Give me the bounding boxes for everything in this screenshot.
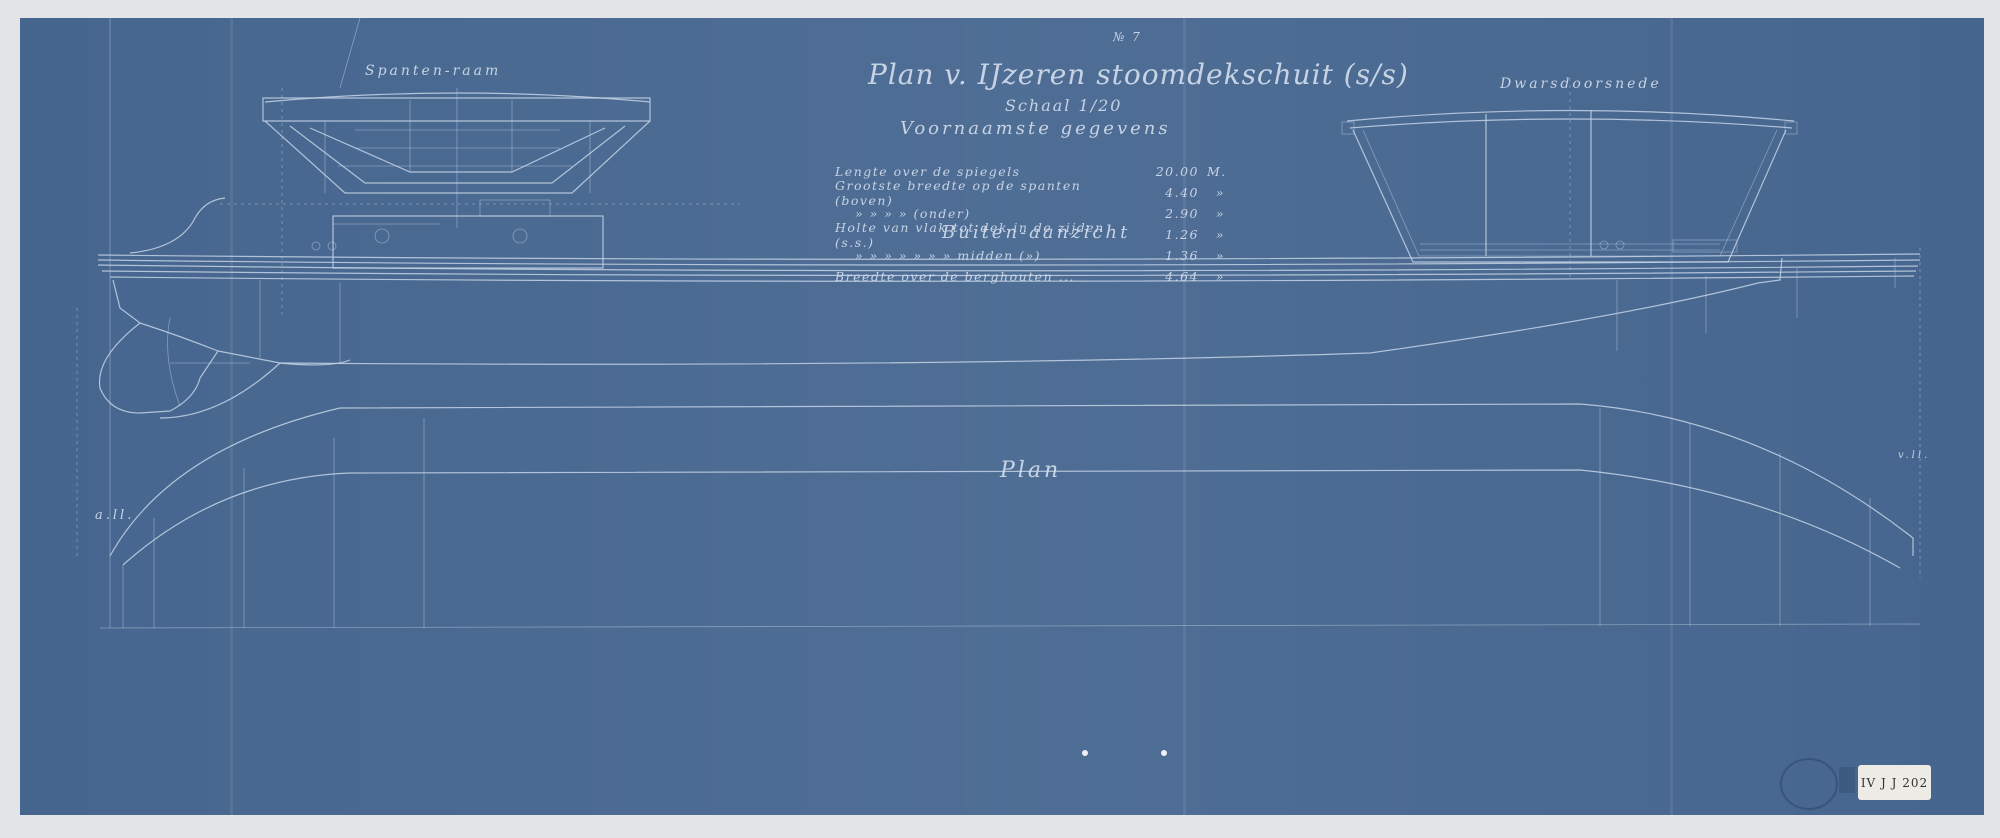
paper-speck bbox=[1082, 750, 1088, 756]
spec-unit: » bbox=[1207, 206, 1225, 221]
frame-view-label: Spanten-raam bbox=[365, 63, 501, 79]
drawing-scale: Schaal 1/20 bbox=[1005, 96, 1122, 115]
spec-row: Breedte over de berghouten ... 4.64» bbox=[835, 266, 1225, 287]
spec-row: Grootste breedte op de spanten (boven) 4… bbox=[835, 182, 1225, 203]
archive-label: IV J J 202 bbox=[1858, 765, 1931, 800]
blueprint-sheet: № 7 Plan v. IJzeren stoomdekschuit (s/s)… bbox=[20, 18, 1984, 815]
spec-unit: » bbox=[1207, 227, 1225, 242]
spec-unit: M. bbox=[1207, 164, 1225, 179]
drawing-title: Plan v. IJzeren stoomdekschuit (s/s) bbox=[868, 58, 1409, 91]
spec-value: 1.36 bbox=[1129, 248, 1199, 263]
paper-speck bbox=[1161, 750, 1167, 756]
spec-row: » » » » » » » midden (») 1.36» bbox=[835, 245, 1225, 266]
spec-value: 20.00 bbox=[1129, 164, 1199, 179]
cross-section-drawing bbox=[1342, 78, 1797, 278]
spec-label: Breedte over de berghouten ... bbox=[835, 269, 1075, 284]
spec-unit: » bbox=[1207, 185, 1225, 200]
spec-value: 2.90 bbox=[1129, 206, 1199, 221]
plan-view-label: Plan bbox=[1000, 458, 1061, 483]
spec-unit: » bbox=[1207, 248, 1225, 263]
specifications-heading: Voornaamste gegevens bbox=[900, 118, 1171, 139]
spec-value: 1.26 bbox=[1129, 227, 1199, 242]
archive-stamp-mark bbox=[1839, 767, 1855, 793]
spec-unit: » bbox=[1207, 269, 1225, 284]
specifications-table: Lengte over de spiegels 20.00M. Grootste… bbox=[835, 161, 1225, 287]
stern-mark: a.ll. bbox=[95, 508, 134, 523]
cross-section-label: Dwarsdoorsnede bbox=[1500, 76, 1662, 92]
spec-value: 4.40 bbox=[1129, 185, 1199, 200]
spec-label: » » » » » » » midden (») bbox=[835, 248, 1041, 263]
spec-row: Holte van vlak tot dek in de zijden (s.s… bbox=[835, 224, 1225, 245]
sheet-number: № 7 bbox=[1113, 30, 1142, 44]
archive-stamp bbox=[1780, 758, 1838, 810]
spec-value: 4.64 bbox=[1129, 269, 1199, 284]
bow-mark: v.ll. bbox=[1898, 450, 1930, 461]
